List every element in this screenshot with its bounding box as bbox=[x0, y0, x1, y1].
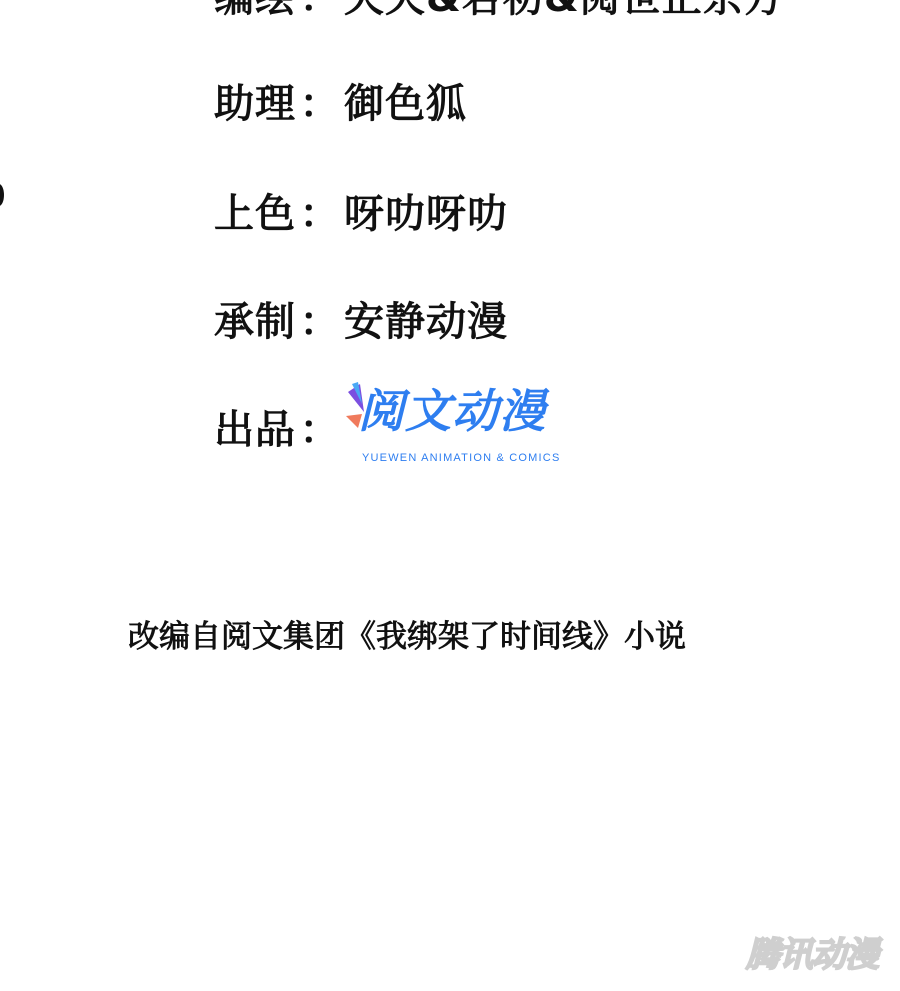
credit-production: 承制：安静动漫 bbox=[214, 302, 508, 342]
credit-value: 天天&若初&阅世正宗方 bbox=[344, 0, 785, 18]
logo-name: 阅文动漫 bbox=[358, 388, 546, 434]
credit-label: 承制 bbox=[214, 302, 296, 342]
credit-label: 助理 bbox=[214, 84, 296, 124]
credit-value: 呀叻呀叻 bbox=[344, 194, 508, 234]
source-note: 改编自阅文集团《我绑架了时间线》小说 bbox=[128, 622, 686, 653]
edge-artifact bbox=[0, 184, 4, 206]
credit-artist: 编绘：天天&若初&阅世正宗方 bbox=[214, 0, 785, 18]
credit-publisher: 出品： bbox=[214, 410, 344, 450]
yuewen-logo: 阅文动漫 YUEWEN ANIMATION & COMICS bbox=[346, 382, 586, 466]
credit-assistant: 助理：御色狐 bbox=[214, 84, 467, 124]
credit-label: 上色 bbox=[214, 194, 296, 234]
credit-colorist: 上色：呀叻呀叻 bbox=[214, 194, 508, 234]
credit-value: 安静动漫 bbox=[344, 302, 508, 342]
credit-value: 御色狐 bbox=[344, 84, 467, 124]
credit-label: 出品 bbox=[214, 410, 296, 450]
credit-label: 编绘 bbox=[214, 0, 296, 18]
credit-colon: ： bbox=[296, 302, 344, 342]
credit-colon: ： bbox=[296, 410, 344, 450]
logo-subtitle: YUEWEN ANIMATION & COMICS bbox=[362, 452, 560, 464]
credit-colon: ： bbox=[296, 194, 344, 234]
credit-colon: ： bbox=[296, 0, 344, 18]
credit-colon: ： bbox=[296, 84, 344, 124]
tencent-comics-watermark: 腾讯动漫 bbox=[746, 938, 878, 972]
